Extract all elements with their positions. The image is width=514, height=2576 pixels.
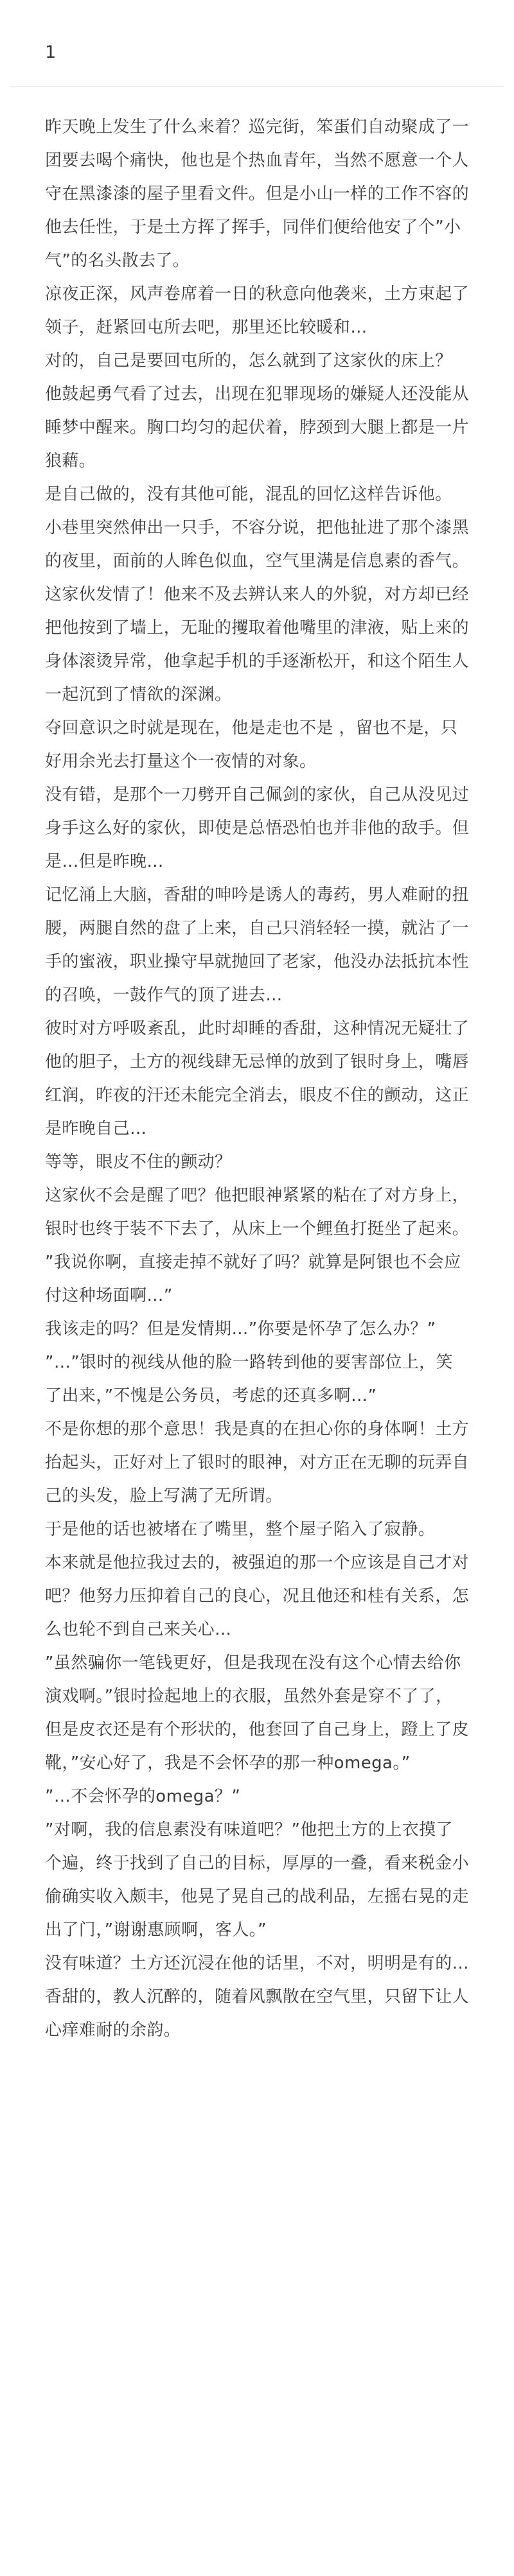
paragraph: ”虽然骗你一笔钱更好，但是我现在没有这个心情去给你演戏啊。”银时捡起地上的衣服，…	[45, 1646, 469, 1780]
paragraph: ”对啊，我的信息素没有味道吧？”他把土方的上衣摸了个遍，终于找到了自己的目标，厚…	[45, 1813, 469, 1947]
paragraph: 昨天晚上发生了什么来着？巡完街，笨蛋们自动聚成了一团要去喝个痛快，他也是个热血青…	[45, 110, 469, 277]
paragraph: 夺回意识之时就是现在，他是走也不是 ，留也不是，只好用余光去打量这个一夜情的对象…	[45, 711, 469, 778]
article-body: 昨天晚上发生了什么来着？巡完街，笨蛋们自动聚成了一团要去喝个痛快，他也是个热血青…	[0, 110, 514, 2047]
paragraph: 彼时对方呼吸紊乱，此时却睡的香甜，这种情况无疑壮了他的胆子，土方的视线肆无忌惮的…	[45, 1012, 469, 1145]
paragraph: 于是他的话也被堵在了嘴里，整个屋子陷入了寂静。	[45, 1513, 469, 1546]
paragraph: 等等，眼皮不住的颤动？	[45, 1145, 469, 1179]
paragraph: 没有味道？土方还沉浸在他的话里，不对，明明是有的…	[45, 1947, 469, 1980]
paragraph: 这家伙发情了！他来不及去辨认来人的外貌，对方却已经把他按到了墙上，无耻的攫取着他…	[45, 578, 469, 711]
paragraph: 不是你想的那个意思！我是真的在担心你的身体啊！土方抬起头，正好对上了银时的眼神，…	[45, 1413, 469, 1513]
header-divider	[10, 86, 504, 87]
paragraph: 是自己做的，没有其他可能，混乱的回忆这样告诉他。	[45, 478, 469, 511]
paragraph: 凉夜正深，风声卷席着一日的秋意向他袭来，土方束起了领子，赶紧回屯所去吧，那里还比…	[45, 277, 469, 344]
paragraph: 香甜的，教人沉醉的，随着风飘散在空气里，只留下让人心痒难耐的余韵。	[45, 1980, 469, 2047]
paragraph: ”…不会怀孕的omega？”	[45, 1780, 469, 1813]
paragraph: 这家伙不会是醒了吧？他把眼神紧紧的粘在了对方身上，银时也终于装不下去了，从床上一…	[45, 1179, 469, 1246]
chapter-header: 1	[0, 0, 514, 87]
paragraph: 记忆涌上大脑，香甜的呻吟是诱人的毒药，男人难耐的扭腰，两腿自然的盘了上来，自己只…	[45, 878, 469, 1012]
chapter-title: 1	[45, 40, 56, 65]
paragraph: 对的，自己是要回屯所的，怎么就到了这家伙的床上？	[45, 344, 469, 378]
paragraph: 他鼓起勇气看了过去，出现在犯罪现场的嫌疑人还没能从睡梦中醒来。胸口均匀的起伏着，…	[45, 378, 469, 478]
paragraph: 本来就是他拉我过去的，被强迫的那一个应该是自己才对吧？他努力压抑着自己的良心，况…	[45, 1546, 469, 1646]
paragraph: ”…”银时的视线从他的脸一路转到他的要害部位上，笑了出来，”不愧是公务员，考虑的…	[45, 1346, 469, 1413]
paragraph: ”我说你啊，直接走掉不就好了吗？就算是阿银也不会应付这种场面啊…”	[45, 1246, 469, 1312]
paragraph: 我该走的吗？但是发情期…”你要是怀孕了怎么办？”	[45, 1312, 469, 1346]
paragraph: 小巷里突然伸出一只手，不容分说，把他扯进了那个漆黑的夜里，面前的人眸色似血，空气…	[45, 511, 469, 578]
paragraph: 没有错，是那个一刀劈开自己佩剑的家伙，自己从没见过身手这么好的家伙，即使是总悟恐…	[45, 778, 469, 878]
